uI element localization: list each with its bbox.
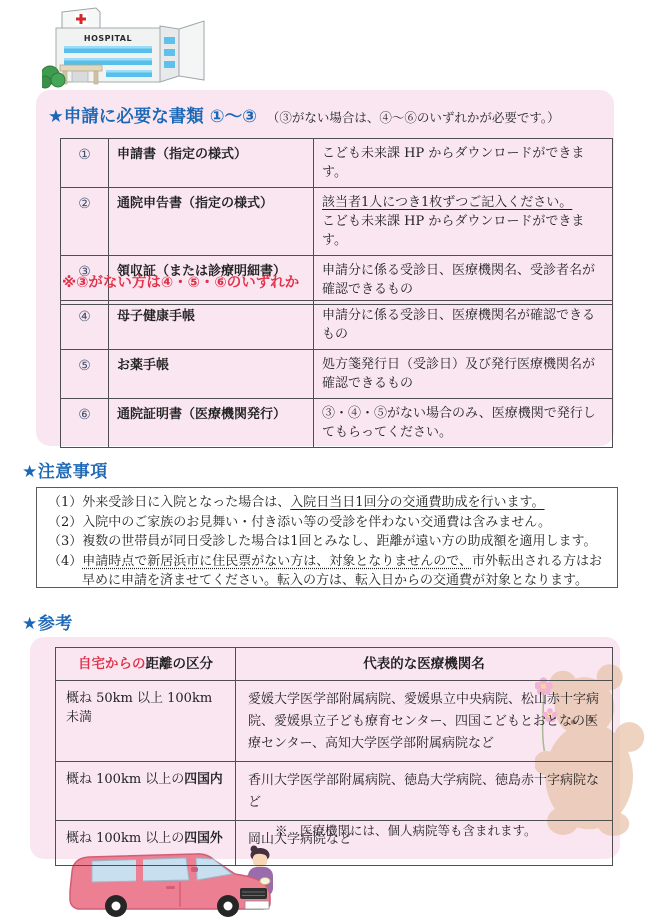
documents-table-4to6: ④ 母子健康手帳 申請分に係る受診日、医療機関名が確認できるもの ⑤ お薬手帳 … xyxy=(60,300,613,448)
table-row: 概ね 100km 以上の四国内 香川大学医学部附属病院、徳島大学病院、徳島赤十字… xyxy=(56,762,613,821)
distance-text: 概ね 50km 以上 100km 未満 xyxy=(66,691,212,725)
table-row: ⑤ お薬手帳 処方箋発行日（受診日）及び発行医療機関名が確認できるもの xyxy=(61,350,613,399)
distance-header-red: 自宅からの xyxy=(78,656,146,672)
required-documents-panel: ★申請に必要な書類 ①～③（③がない場合は、④～⑥のいずれかが必要です。） ① … xyxy=(36,90,614,446)
doc-name: お薬手帳 xyxy=(109,350,314,399)
doc-description: 処方箋発行日（受診日）及び発行医療機関名が確認できるもの xyxy=(314,350,613,399)
required-documents-title: ★申請に必要な書類 ①～③ xyxy=(48,107,257,127)
table-header-row: 自宅からの距離の区分 代表的な医療機関名 xyxy=(56,648,613,681)
hospitals-cell: 香川大学医学部附属病院、徳島大学病院、徳島赤十字病院など xyxy=(236,762,613,821)
note-text: （4） xyxy=(48,554,82,569)
distance-cell: 概ね 50km 以上 100km 未満 xyxy=(56,681,236,762)
note-text: 市外転出される方は xyxy=(472,554,589,569)
distance-header-black: 距離の区分 xyxy=(146,656,214,672)
doc-description: 申請分に係る受診日、医療機関名、受診者名が確認できるもの xyxy=(314,256,613,305)
table-row: ② 通院申告書（指定の様式） 該当者1人につき1枚ずつご記入ください。 こども未… xyxy=(61,188,613,256)
note-underlined-text: 入院日当日1回分の交通費助成を行います。 xyxy=(290,495,544,510)
note-item-2: （2）入院中のご家族のお見舞い・付き添い等の受診を伴わない交通費は含みません。 xyxy=(48,513,606,533)
distance-bold-text: 四国外 xyxy=(184,831,222,846)
reference-panel: 自宅からの距離の区分 代表的な医療機関名 概ね 50km 以上 100km 未満… xyxy=(30,637,620,859)
doc-description-text: 申請分に係る受診日、医療機関名が確認できるもの xyxy=(322,308,595,342)
notes-box: （1）外来受診日に入院となった場合は、入院日当日1回分の交通費助成を行います。 … xyxy=(36,487,618,588)
required-documents-subtitle: （③がない場合は、④～⑥のいずれかが必要です。） xyxy=(267,110,560,125)
doc-description: ③・④・⑤がない場合のみ、医療機関で発行してもらってください。 xyxy=(314,399,613,448)
distance-text: 概ね 100km 以上の xyxy=(66,772,184,787)
doc-description-text: 処方箋発行日（受診日）及び発行医療機関名が確認できるもの xyxy=(322,357,595,391)
doc-description-underlined: 該当者1人につき1枚ずつご記入ください。 xyxy=(322,195,572,210)
doc-description-text: 申請分に係る受診日、医療機関名、受診者名が確認できるもの xyxy=(322,263,595,297)
note-text: （1）外来受診日に入院となった場合は、 xyxy=(48,495,290,510)
distance-bold-text: 四国内 xyxy=(184,772,222,787)
table-row: ① 申請書（指定の様式） こども未来課 HP からダウンロードができます。 xyxy=(61,139,613,188)
doc-description: 申請分に係る受診日、医療機関名が確認できるもの xyxy=(314,301,613,350)
document-page: HOSPITAL ★申請に必要な書類 ①～③（③がない場合は、④～⑥のいずれかが… xyxy=(0,0,650,919)
doc-name: 通院申告書（指定の様式） xyxy=(109,188,314,256)
note-item-1: （1）外来受診日に入院となった場合は、入院日当日1回分の交通費助成を行います。 xyxy=(48,493,606,513)
note-underlined-text: 申請時点で新居浜市に住民票がない方は、対象となりませんので、 xyxy=(82,554,472,569)
distance-header: 自宅からの距離の区分 xyxy=(56,648,236,681)
doc-number: ② xyxy=(61,188,109,256)
distance-text: 概ね 100km 以上の xyxy=(66,831,184,846)
table-row: ④ 母子健康手帳 申請分に係る受診日、医療機関名が確認できるもの xyxy=(61,301,613,350)
notes-section-title: ★注意事項 xyxy=(22,457,108,482)
table-row: 概ね 50km 以上 100km 未満 愛媛大学医学部附属病院、愛媛県立中央病院… xyxy=(56,681,613,762)
hospital-illustration: HOSPITAL xyxy=(42,4,212,89)
doc-name: 通院証明書（医療機関発行） xyxy=(109,399,314,448)
distance-cell: 概ね 100km 以上の四国外 xyxy=(56,821,236,866)
alternative-documents-note: ※③がない方は④・⑤・⑥のいずれか xyxy=(62,271,299,292)
reference-section-title: ★参考 xyxy=(22,609,73,634)
doc-description-text: こども未来課 HP からダウンロードができます。 xyxy=(322,146,584,180)
doc-name: 申請書（指定の様式） xyxy=(109,139,314,188)
distance-cell: 概ね 100km 以上の四国内 xyxy=(56,762,236,821)
note-item-4: （4）申請時点で新居浜市に住民票がない方は、対象となりませんので、市外転出される… xyxy=(48,552,606,591)
table-row: ⑥ 通院証明書（医療機関発行） ③・④・⑤がない場合のみ、医療機関で発行してもら… xyxy=(61,399,613,448)
note-item-3: （3）複数の世帯員が同日受診した場合は1回とみなし、距離が遠い方の助成額を適用し… xyxy=(48,532,606,552)
doc-description-text: ③・④・⑤がない場合のみ、医療機関で発行してもらってください。 xyxy=(322,406,596,440)
doc-description: 該当者1人につき1枚ずつご記入ください。 こども未来課 HP からダウンロードが… xyxy=(314,188,613,256)
doc-number: ① xyxy=(61,139,109,188)
doc-number: ⑥ xyxy=(61,399,109,448)
required-documents-heading-row: ★申請に必要な書類 ①～③（③がない場合は、④～⑥のいずれかが必要です。） xyxy=(48,103,560,128)
hospital-sign-text: HOSPITAL xyxy=(84,34,132,43)
doc-description: こども未来課 HP からダウンロードができます。 xyxy=(314,139,613,188)
doc-name: 母子健康手帳 xyxy=(109,301,314,350)
reference-footnote: ※ 医療機関には、個人病院等も含まれます。 xyxy=(275,821,537,839)
hospitals-cell: 愛媛大学医学部附属病院、愛媛県立中央病院、松山赤十字病院、愛媛県立子ども療育セン… xyxy=(236,681,613,762)
hospitals-header: 代表的な医療機関名 xyxy=(236,648,613,681)
doc-description-text: こども未来課 HP からダウンロードができます。 xyxy=(322,212,604,250)
doc-number: ⑤ xyxy=(61,350,109,399)
doc-number: ④ xyxy=(61,301,109,350)
